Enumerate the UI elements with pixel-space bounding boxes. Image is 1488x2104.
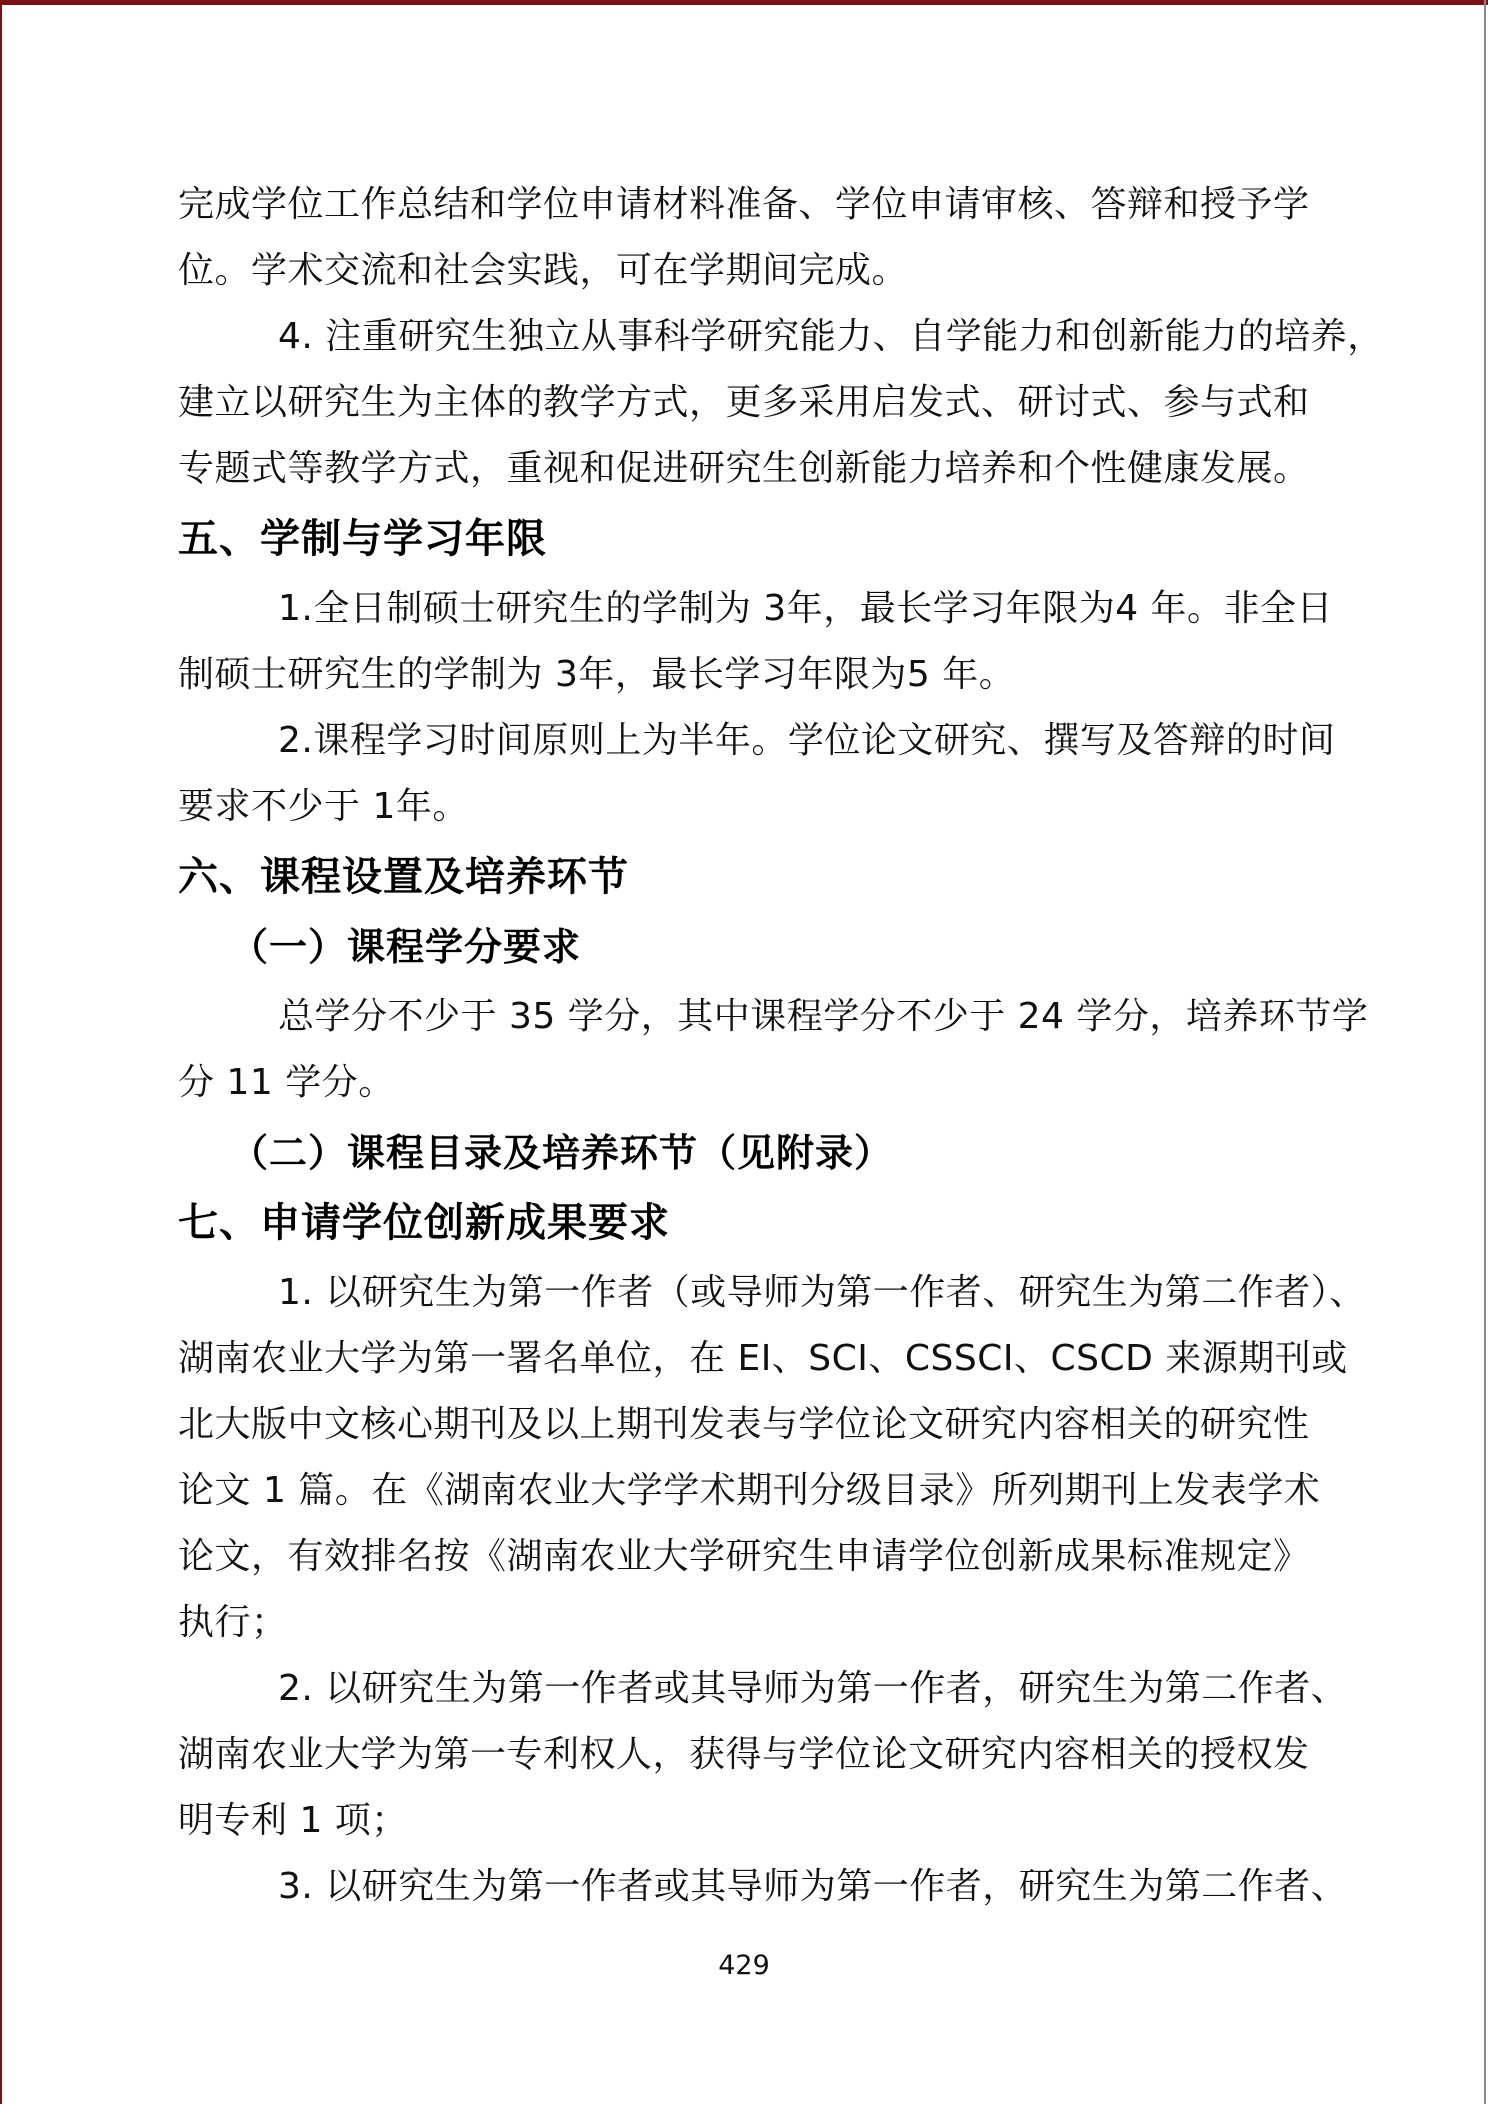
sub-heading: （二）课程目录及培养环节（见附录） bbox=[178, 1120, 1350, 1186]
body-line: 3. 以研究生为第一作者或其导师为第一作者，研究生为第二作者、 bbox=[178, 1854, 1350, 1920]
section-heading: 六、课程设置及培养环节 bbox=[178, 844, 1350, 910]
body-line: 论文 1 篇。在《湖南农业大学学术期刊分级目录》所列期刊上发表学术 bbox=[178, 1458, 1350, 1524]
left-border-line bbox=[0, 0, 2, 2104]
body-line: 2.课程学习时间原则上为半年。学位论文研究、撰写及答辩的时间 bbox=[178, 708, 1350, 774]
document-page: 完成学位工作总结和学位申请材料准备、学位申请审核、答辩和授予学 位。学术交流和社… bbox=[0, 0, 1488, 2104]
section-heading: 七、申请学位创新成果要求 bbox=[178, 1190, 1350, 1256]
body-line: 2. 以研究生为第一作者或其导师为第一作者，研究生为第二作者、 bbox=[178, 1656, 1350, 1722]
right-edge-line bbox=[1484, 0, 1486, 2104]
body-line: 湖南农业大学为第一专利权人，获得与学位论文研究内容相关的授权发 bbox=[178, 1722, 1350, 1788]
body-line: 位。学术交流和社会实践，可在学期间完成。 bbox=[178, 238, 1350, 304]
document-body: 完成学位工作总结和学位申请材料准备、学位申请审核、答辩和授予学 位。学术交流和社… bbox=[178, 172, 1350, 1920]
body-line: 1.全日制硕士研究生的学制为 3年，最长学习年限为4 年。非全日 bbox=[178, 576, 1350, 642]
body-line: 执行； bbox=[178, 1590, 1350, 1656]
body-line: 专题式等教学方式，重视和促进研究生创新能力培养和个性健康发展。 bbox=[178, 436, 1350, 502]
body-line: 北大版中文核心期刊及以上期刊发表与学位论文研究内容相关的研究性 bbox=[178, 1392, 1350, 1458]
top-border-line bbox=[0, 0, 1488, 5]
section-heading: 五、学制与学习年限 bbox=[178, 506, 1350, 572]
body-line: 建立以研究生为主体的教学方式，更多采用启发式、研讨式、参与式和 bbox=[178, 370, 1350, 436]
body-line: 论文，有效排名按《湖南农业大学研究生申请学位创新成果标准规定》 bbox=[178, 1524, 1350, 1590]
body-line: 总学分不少于 35 学分，其中课程学分不少于 24 学分，培养环节学 bbox=[178, 984, 1350, 1050]
body-line: 完成学位工作总结和学位申请材料准备、学位申请审核、答辩和授予学 bbox=[178, 172, 1350, 238]
body-line: 分 11 学分。 bbox=[178, 1050, 1350, 1116]
body-line: 要求不少于 1年。 bbox=[178, 774, 1350, 840]
body-line: 1. 以研究生为第一作者（或导师为第一作者、研究生为第二作者）、 bbox=[178, 1260, 1350, 1326]
body-line: 4. 注重研究生独立从事科学研究能力、自学能力和创新能力的培养， bbox=[178, 304, 1350, 370]
sub-heading: （一）课程学分要求 bbox=[178, 914, 1350, 980]
body-line: 制硕士研究生的学制为 3年，最长学习年限为5 年。 bbox=[178, 642, 1350, 708]
body-line: 明专利 1 项； bbox=[178, 1788, 1350, 1854]
body-line: 湖南农业大学为第一署名单位，在 EI、SCI、CSSCI、CSCD 来源期刊或 bbox=[178, 1326, 1350, 1392]
page-number: 429 bbox=[0, 1950, 1488, 1981]
